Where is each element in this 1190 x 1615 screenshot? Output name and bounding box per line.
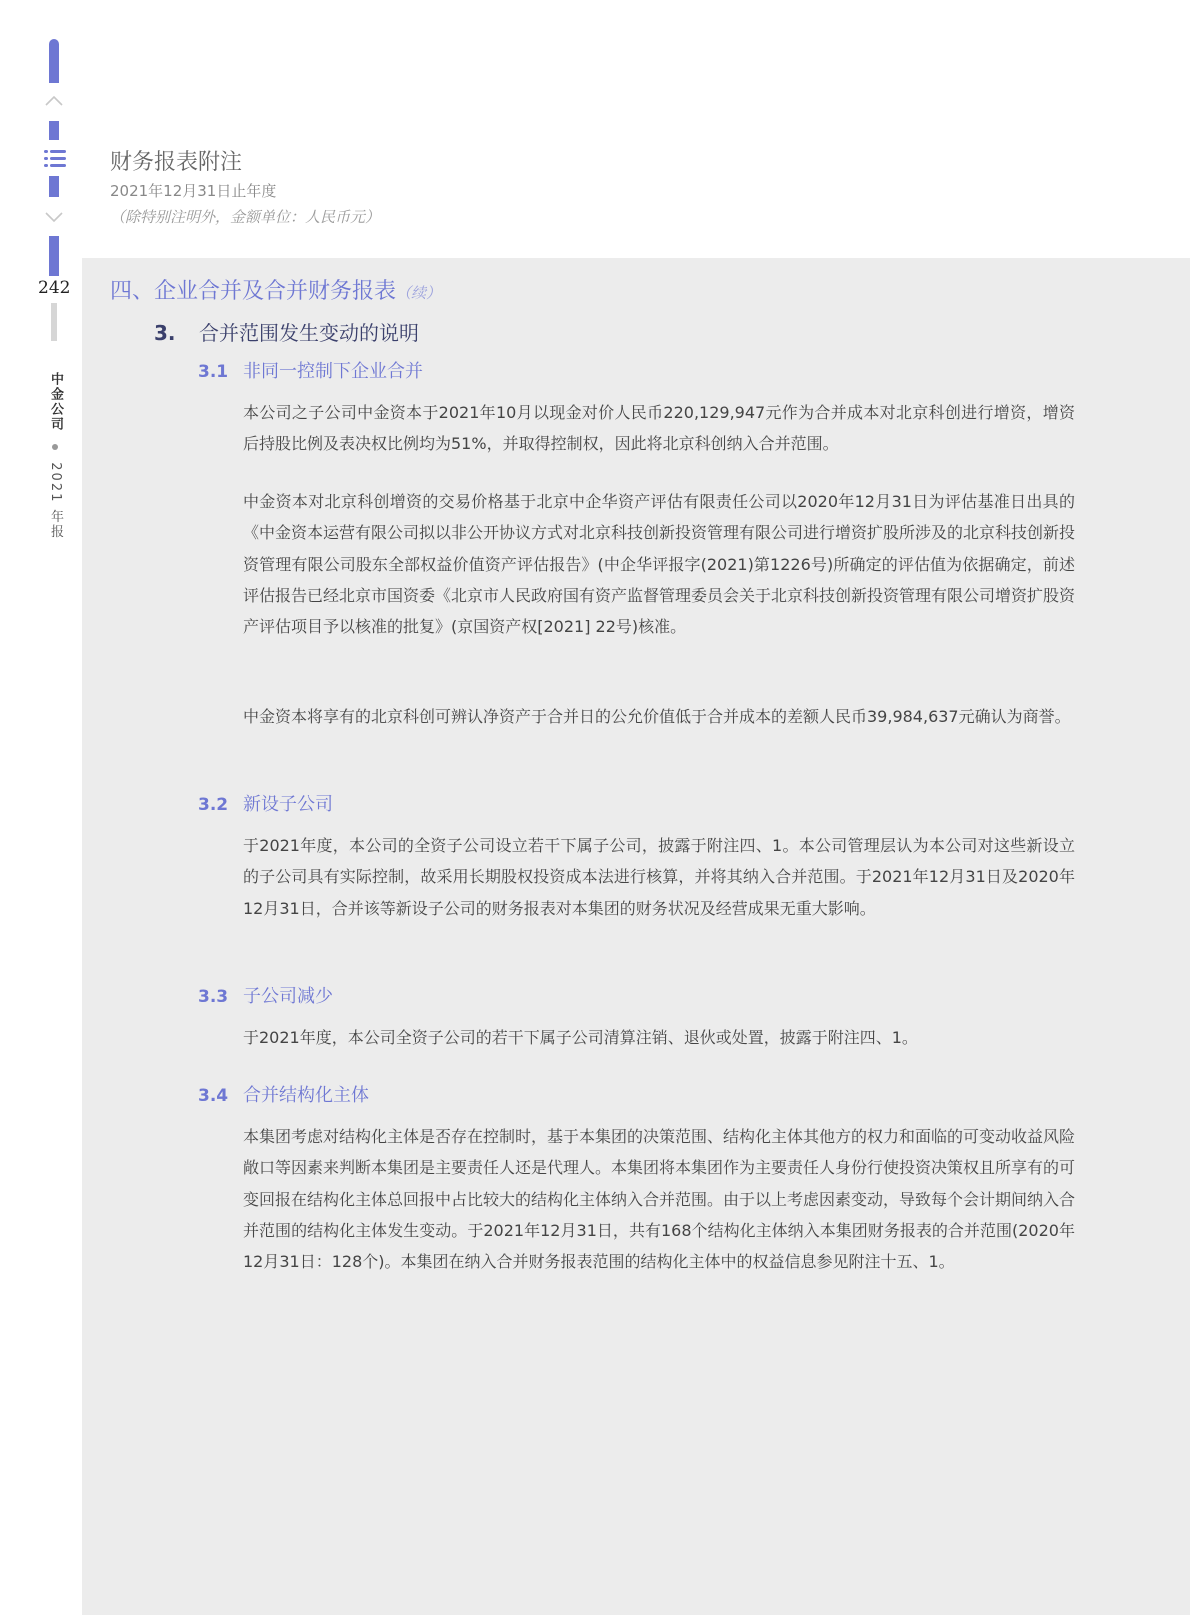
paragraph: 于2021年度，本公司的全资子公司设立若干下属子公司，披露于附注四、1。本公司管… bbox=[243, 830, 1075, 924]
item-title: 新设子公司 bbox=[243, 794, 333, 815]
nav-rail-segment bbox=[49, 121, 59, 140]
period-label: 2021年12月31日止年度 bbox=[110, 180, 276, 201]
item-heading-3-3: 3.3子公司减少 bbox=[198, 982, 333, 1008]
continued-label: （续） bbox=[396, 284, 441, 302]
paragraph: 本公司之子公司中金资本于2021年10月以现金对价人民币220,129,947元… bbox=[243, 397, 1075, 460]
nav-rail-segment bbox=[49, 236, 59, 276]
item-title: 非同一控制下企业合并 bbox=[243, 361, 423, 382]
item-heading-3-2: 3.2新设子公司 bbox=[198, 790, 333, 816]
item-title: 合并结构化主体 bbox=[243, 1085, 369, 1106]
subsection-title: 合并范围发生变动的说明 bbox=[199, 321, 419, 345]
paragraph: 中金资本将享有的北京科创可辨认净资产于合并日的公允价值低于合并成本的差额人民币3… bbox=[243, 701, 1075, 732]
section-title: 四、企业合并及合并财务报表 bbox=[110, 279, 396, 304]
paragraph: 本集团考虑对结构化主体是否存在控制时，基于本集团的决策范围、结构化主体其他方的权… bbox=[243, 1121, 1075, 1277]
item-heading-3-1: 3.1非同一控制下企业合并 bbox=[198, 357, 423, 383]
nav-rail-segment bbox=[49, 39, 59, 83]
item-heading-3-4: 3.4合并结构化主体 bbox=[198, 1081, 369, 1107]
report-name: 2021 年报 bbox=[48, 462, 63, 539]
item-title: 子公司减少 bbox=[243, 986, 333, 1007]
item-number: 3.2 bbox=[198, 795, 243, 815]
page-number: 242 bbox=[38, 278, 70, 298]
nav-rail-track bbox=[51, 303, 57, 341]
subsection-number: 3. bbox=[154, 321, 199, 345]
item-number: 3.4 bbox=[198, 1086, 243, 1106]
chevron-down-icon[interactable] bbox=[44, 210, 64, 224]
paragraph: 于2021年度，本公司全资子公司的若干下属子公司清算注销、退伙或处置，披露于附注… bbox=[243, 1022, 1075, 1053]
paragraph: 中金资本对北京科创增资的交易价格基于北京中企华资产评估有限责任公司以2020年1… bbox=[243, 486, 1075, 642]
separator-dot bbox=[52, 444, 58, 450]
item-number: 3.3 bbox=[198, 987, 243, 1007]
company-name: 中金公司 bbox=[48, 372, 63, 432]
section-heading: 四、企业合并及合并财务报表（续） bbox=[110, 274, 441, 305]
running-footer: 中金公司 2021 年报 bbox=[46, 372, 65, 540]
chevron-up-icon[interactable] bbox=[44, 92, 64, 106]
unit-note: （除特别注明外，金额单位：人民币元） bbox=[110, 206, 380, 227]
item-number: 3.1 bbox=[198, 362, 243, 382]
menu-list-icon[interactable] bbox=[44, 147, 68, 169]
content-panel bbox=[82, 258, 1190, 1615]
subsection-heading: 3.合并范围发生变动的说明 bbox=[154, 317, 419, 346]
nav-rail-segment bbox=[49, 176, 59, 197]
page-title: 财务报表附注 bbox=[110, 145, 242, 176]
